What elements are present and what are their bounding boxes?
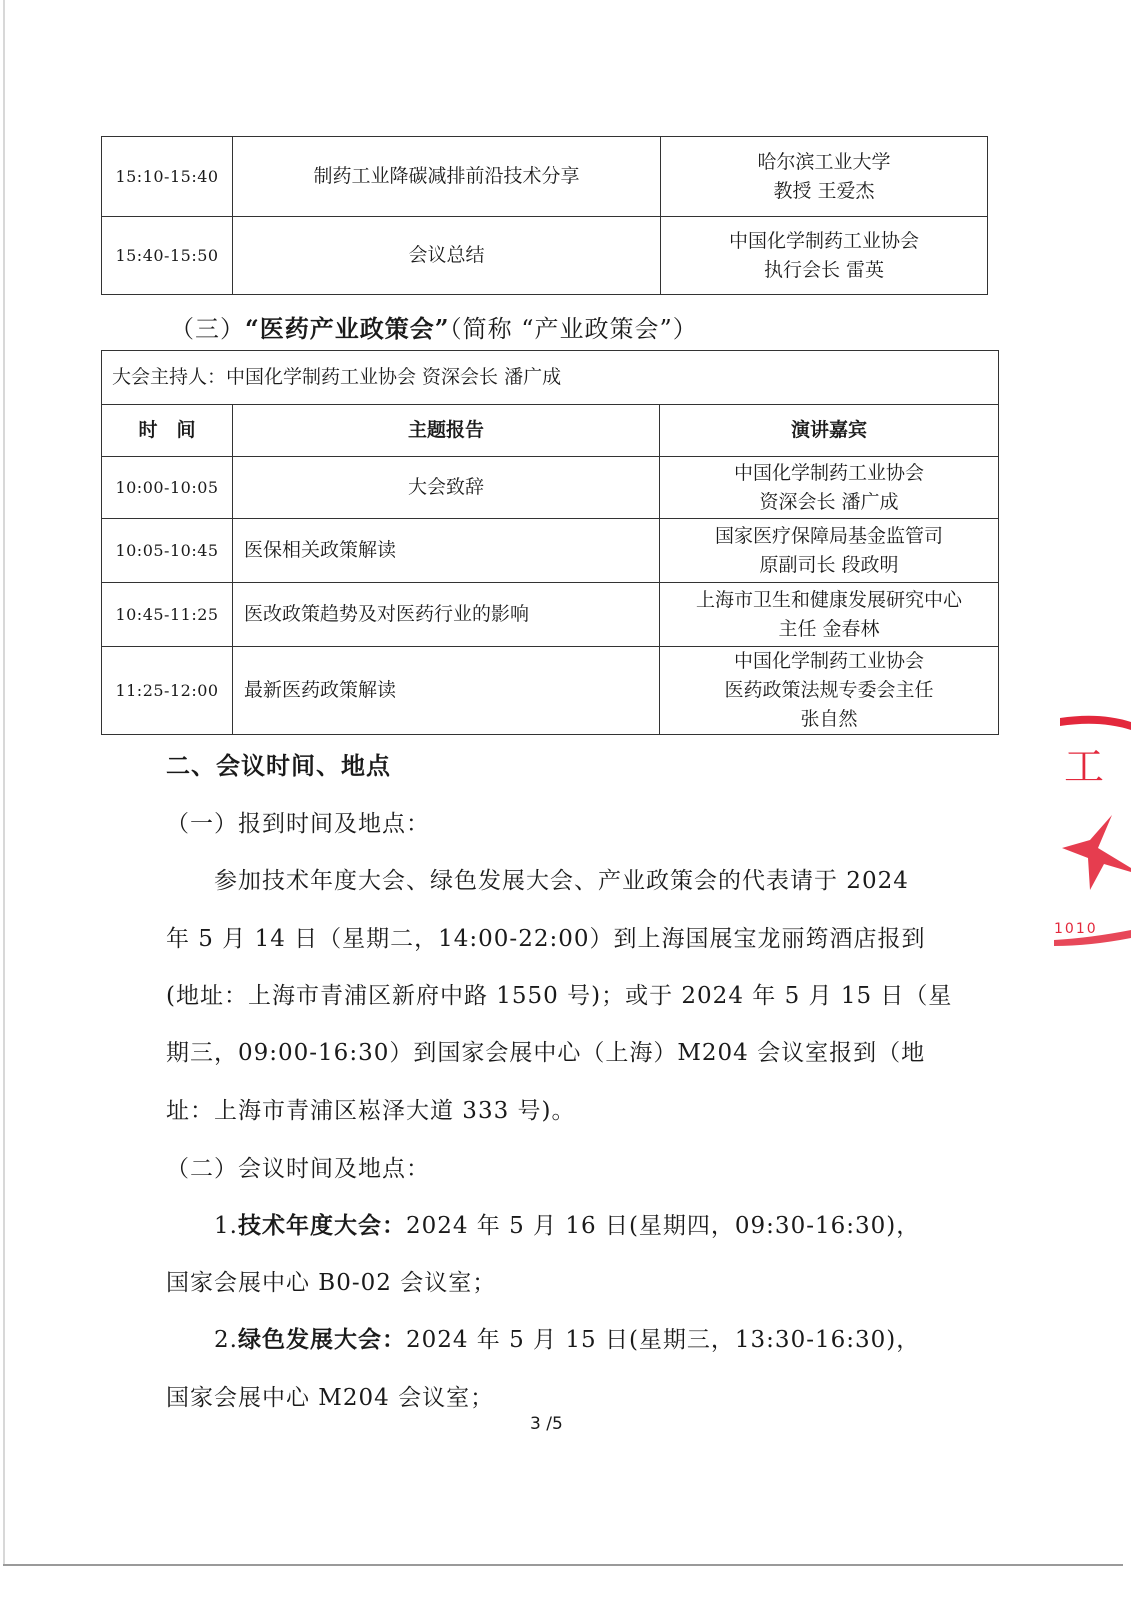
page-number: 3 /5	[530, 1414, 563, 1434]
speaker-name: 执行会长 雷英	[661, 256, 987, 285]
item-number: 2.	[214, 1327, 238, 1353]
meeting-item-1: 1.技术年度大会：2024 年 5 月 16 日(星期四，09:30-16:30…	[214, 1207, 920, 1240]
table-row: 11:25-12:00 最新医药政策解读 中国化学制药工业协会 医药政策法规专委…	[102, 647, 999, 735]
speaker-cell: 中国化学制药工业协会 资深会长 潘广成	[660, 457, 999, 519]
speaker-name: 主任 金春林	[660, 615, 998, 644]
svg-text:工: 工	[1064, 744, 1104, 790]
table-row: 15:40-15:50 会议总结 中国化学制药工业协会 执行会长 雷英	[102, 217, 988, 295]
meeting-item-2-venue: 国家会展中心 M204 会议室；	[166, 1379, 494, 1412]
time-cell: 15:40-15:50	[102, 217, 233, 295]
section-title: （三）“医药产业政策会”（简称 “产业政策会”）	[170, 309, 698, 344]
speaker-name: 张自然	[660, 705, 998, 734]
item-label: 技术年度大会：	[238, 1212, 406, 1239]
official-seal: 工 1010	[1050, 708, 1131, 948]
item-text: 2024 年 5 月 16 日(星期四，09:30-16:30)，	[406, 1213, 920, 1239]
host-cell: 大会主持人：中国化学制药工业协会 资深会长 潘广成	[102, 351, 999, 405]
speaker-org: 国家医疗保障局基金监管司	[660, 522, 998, 551]
paragraph-line: 参加技术年度大会、绿色发展大会、产业政策会的代表请于 2024	[214, 862, 909, 895]
speaker-org: 上海市卫生和健康发展研究中心	[660, 586, 998, 615]
section-name: “医药产业政策会”	[245, 314, 450, 343]
sub-heading-registration: （一）报到时间及地点：	[166, 805, 430, 838]
time-cell: 10:00-10:05	[102, 457, 233, 519]
item-label: 绿色发展大会：	[238, 1326, 406, 1353]
table-row: 10:05-10:45 医保相关政策解读 国家医疗保障局基金监管司 原副司长 段…	[102, 519, 999, 583]
table-row: 10:45-11:25 医改政策趋势及对医药行业的影响 上海市卫生和健康发展研究…	[102, 583, 999, 647]
item-number: 1.	[214, 1213, 238, 1239]
page-edge	[3, 1564, 1123, 1566]
speaker-cell: 中国化学制药工业协会 医药政策法规专委会主任 张自然	[660, 647, 999, 735]
host-row: 大会主持人：中国化学制药工业协会 资深会长 潘广成	[102, 351, 999, 405]
speaker-org: 哈尔滨工业大学	[661, 148, 987, 177]
paragraph-line: 期三，09:00-16:30）到国家会展中心（上海）M204 会议室报到（地	[166, 1034, 925, 1067]
seal-icon: 工 1010	[1050, 708, 1131, 948]
speaker-name: 教授 王爱杰	[661, 177, 987, 206]
topic-cell: 会议总结	[233, 217, 661, 295]
time-cell: 11:25-12:00	[102, 647, 233, 735]
schedule-table-continued: 15:10-15:40 制药工业降碳减排前沿技术分享 哈尔滨工业大学 教授 王爱…	[101, 136, 988, 295]
header-row: 时 间 主题报告 演讲嘉宾	[102, 405, 999, 457]
page-edge	[3, 0, 5, 1566]
header-time: 时 间	[102, 405, 233, 457]
paragraph-line: 址：上海市青浦区崧泽大道 333 号)。	[166, 1092, 576, 1125]
policy-schedule-table: 大会主持人：中国化学制药工业协会 资深会长 潘广成 时 间 主题报告 演讲嘉宾 …	[101, 350, 999, 735]
header-topic: 主题报告	[233, 405, 660, 457]
time-cell: 10:05-10:45	[102, 519, 233, 583]
paragraph-line: 年 5 月 14 日（星期二，14:00-22:00）到上海国展宝龙丽筠酒店报到	[166, 920, 925, 953]
meeting-item-1-venue: 国家会展中心 B0-02 会议室；	[166, 1264, 496, 1297]
speaker-title: 医药政策法规专委会主任	[660, 676, 998, 705]
part2-heading: 二、会议时间、地点	[166, 746, 391, 781]
speaker-org: 中国化学制药工业协会	[660, 647, 998, 676]
speaker-name: 资深会长 潘广成	[660, 488, 998, 517]
time-cell: 15:10-15:40	[102, 137, 233, 217]
topic-cell: 医改政策趋势及对医药行业的影响	[233, 583, 660, 647]
topic-cell: 医保相关政策解读	[233, 519, 660, 583]
svg-text:1010: 1010	[1054, 921, 1098, 937]
table-row: 10:00-10:05 大会致辞 中国化学制药工业协会 资深会长 潘广成	[102, 457, 999, 519]
speaker-cell: 上海市卫生和健康发展研究中心 主任 金春林	[660, 583, 999, 647]
time-cell: 10:45-11:25	[102, 583, 233, 647]
speaker-cell: 中国化学制药工业协会 执行会长 雷英	[661, 217, 988, 295]
speaker-name: 原副司长 段政明	[660, 551, 998, 580]
sub-heading-meeting: （二）会议时间及地点：	[166, 1150, 430, 1183]
section-prefix: （三）	[170, 315, 245, 343]
speaker-org: 中国化学制药工业协会	[660, 459, 998, 488]
speaker-cell: 国家医疗保障局基金监管司 原副司长 段政明	[660, 519, 999, 583]
speaker-cell: 哈尔滨工业大学 教授 王爱杰	[661, 137, 988, 217]
speaker-org: 中国化学制药工业协会	[661, 227, 987, 256]
table-row: 15:10-15:40 制药工业降碳减排前沿技术分享 哈尔滨工业大学 教授 王爱…	[102, 137, 988, 217]
meeting-item-2: 2.绿色发展大会：2024 年 5 月 15 日(星期三，13:30-16:30…	[214, 1321, 920, 1354]
topic-cell: 最新医药政策解读	[233, 647, 660, 735]
topic-cell: 大会致辞	[233, 457, 660, 519]
paragraph-line: (地址：上海市青浦区新府中路 1550 号)；或于 2024 年 5 月 15 …	[166, 977, 952, 1010]
section-abbrev: （简称 “产业政策会”）	[450, 315, 698, 343]
topic-cell: 制药工业降碳减排前沿技术分享	[233, 137, 661, 217]
item-text: 2024 年 5 月 15 日(星期三，13:30-16:30)，	[406, 1327, 920, 1353]
header-speaker: 演讲嘉宾	[660, 405, 999, 457]
